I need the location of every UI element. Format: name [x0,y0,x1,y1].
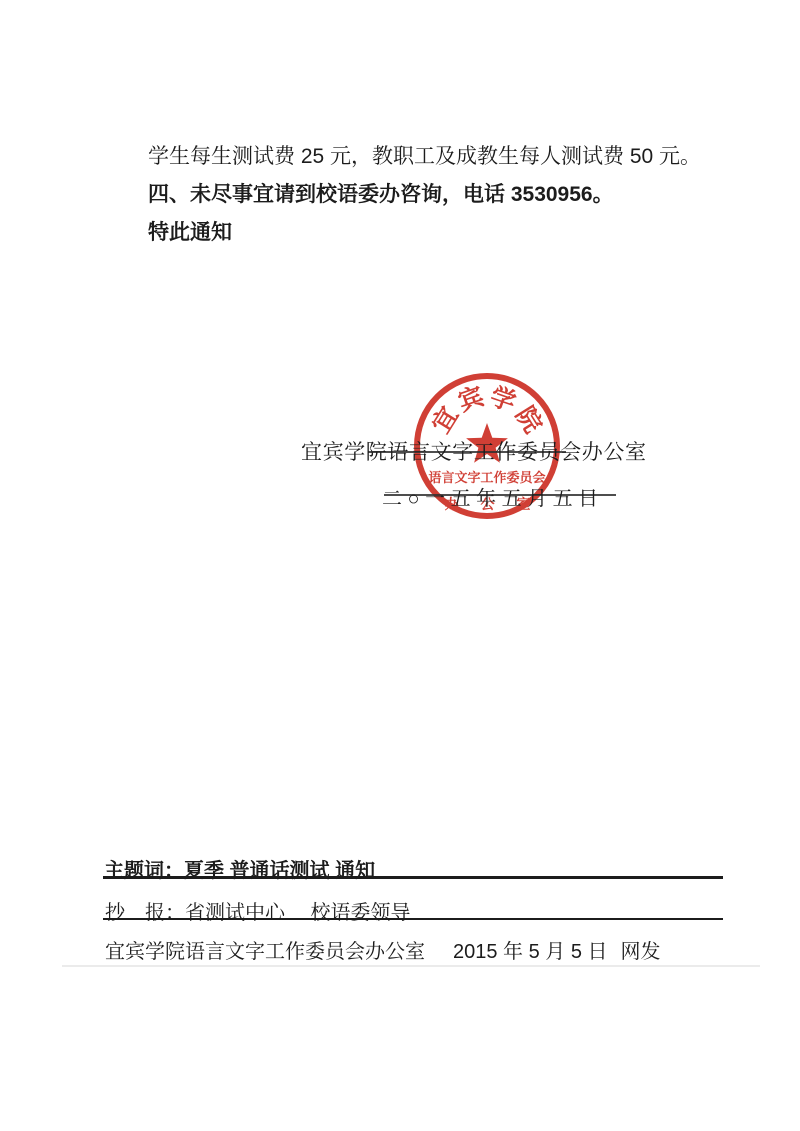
signature-date: 二○一五年五月五日 [382,482,604,511]
signature-organization: 宜宾学院语言文字工作委员会办公室 [301,436,647,466]
footer-divider-thin [103,918,723,920]
seal-arc-char-2: 宾 [454,381,487,417]
copy-to-value: 省测试中心 校语委领导 [185,902,411,924]
seal-arc-char-1: 宜 [427,402,464,438]
issuing-office: 宜宾学院语言文字工作委员会办公室 [105,941,425,963]
issue-method: 网发 [621,941,661,963]
body-line-contact: 四、未尽事宜请到校语委办咨询，电话 3530956。 [148,183,614,207]
issue-date: 2015 年 5 月 5 日 [453,941,608,963]
footer-faint-rule [62,965,760,967]
body-line-notice: 特此通知 [148,221,232,245]
footer-copy-line: 抄 报：省测试中心 校语委领导 [105,896,411,925]
footer-issuer-line: 宜宾学院语言文字工作委员会办公室2015 年 5 月 5 日网发 [105,935,661,964]
seal-arc-char-3: 学 [487,382,520,417]
copy-to-label: 抄 报： [105,902,185,924]
footer-divider-thick [103,876,723,879]
seal-arc-char-4: 院 [510,402,547,438]
body-line-fee: 学生每生测试费 25 元，教职工及成教生每人测试费 50 元。 [148,145,701,169]
document-page: 学生每生测试费 25 元，教职工及成教生每人测试费 50 元。 四、未尽事宜请到… [0,0,800,1131]
